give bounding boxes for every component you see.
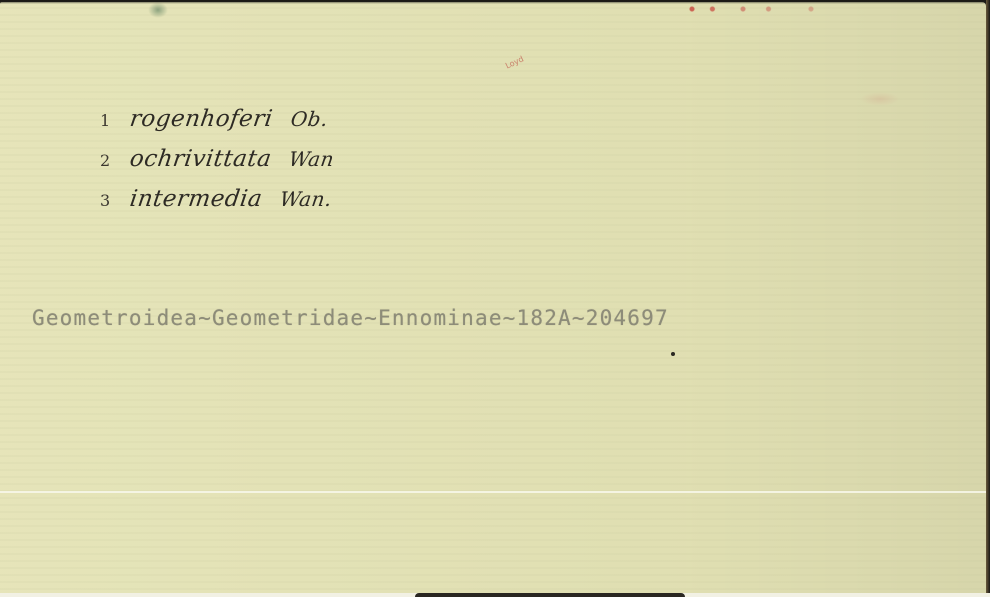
entry-number: 2 [100,142,130,180]
species-author: Wan. [278,180,335,218]
species-entry: 2 ochrivittata Wan [100,140,335,180]
card-crease [0,491,986,493]
index-card: Loyd 1 rogenhoferi Ob. 2 ochrivittata Wa… [0,2,986,594]
entry-number: 1 [100,102,130,140]
species-entry: 3 intermedia Wan. [100,180,335,220]
red-annotation: Loyd [504,54,525,70]
species-name: rogenhoferi [127,100,275,138]
species-name: ochrivittata [127,140,274,178]
handwritten-species-list: 1 rogenhoferi Ob. 2 ochrivittata Wan 3 i… [100,100,335,220]
species-author: Ob. [288,100,330,138]
card-bottom-tab [415,593,685,597]
species-author: Wan [287,140,337,178]
faint-stain [860,92,900,106]
entry-number: 3 [100,182,130,220]
species-entry: 1 rogenhoferi Ob. [100,100,335,140]
ink-smudge [148,2,168,18]
species-name: intermedia [127,180,265,218]
scan-top-edge [0,0,990,4]
ink-dot [671,352,675,356]
taxonomy-typed-line: Geometroidea~Geometridae~Ennominae~182A~… [32,306,669,330]
red-ink-marks [675,6,845,12]
scan-right-edge [986,0,990,597]
